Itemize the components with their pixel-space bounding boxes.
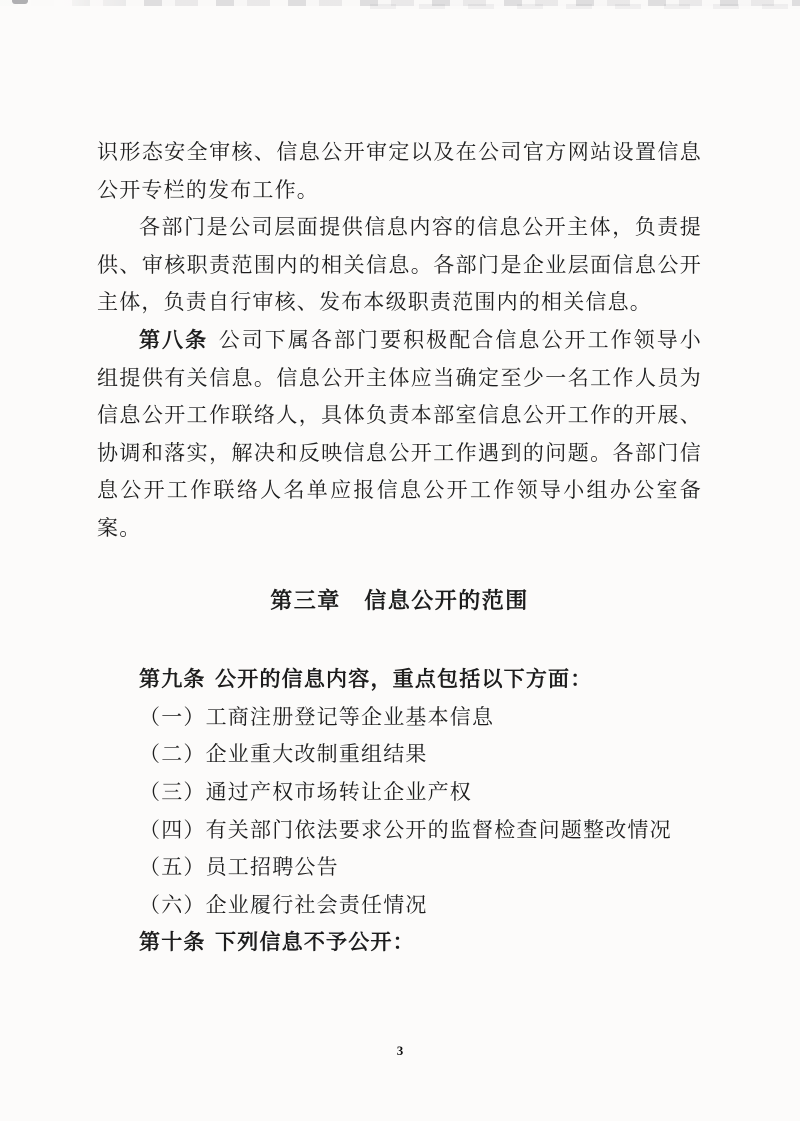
paragraph-departments: 各部门是公司层面提供信息内容的信息公开主体，负责提供、审核职责范围内的相关信息。… (97, 209, 702, 322)
list-item: （四）有关部门依法要求公开的监督检查问题整改情况 (97, 812, 702, 850)
list-item: （二）企业重大改制重组结果 (97, 736, 702, 774)
paragraph-article-8: 第八条公司下属各部门要积极配合信息公开工作领导小组提供有关信息。信息公开主体应当… (97, 322, 702, 548)
list-item: （三）通过产权市场转让企业产权 (97, 774, 702, 812)
list-item: （六）企业履行社会责任情况 (97, 887, 702, 925)
article-10-text: 下列信息不予公开： (215, 930, 415, 954)
article-10-line: 第十条下列信息不予公开： (97, 924, 702, 962)
paragraph-continuation: 识形态安全审核、信息公开审定以及在公司官方网站设置信息公开专栏的发布工作。 (97, 134, 702, 209)
page-content: 识形态安全审核、信息公开审定以及在公司官方网站设置信息公开专栏的发布工作。 各部… (97, 134, 702, 962)
article-8-text: 公司下属各部门要积极配合信息公开工作领导小组提供有关信息。信息公开主体应当确定至… (97, 328, 702, 540)
list-item: （一）工商注册登记等企业基本信息 (97, 699, 702, 737)
article-9-line: 第九条公开的信息内容，重点包括以下方面： (97, 661, 702, 699)
list-item: （五）员工招聘公告 (97, 849, 702, 887)
document-page: 识形态安全审核、信息公开审定以及在公司官方网站设置信息公开专栏的发布工作。 各部… (0, 0, 800, 1121)
article-8-label: 第八条 (139, 328, 208, 352)
scan-artifact-top-right (370, 4, 800, 9)
article-9-text: 公开的信息内容，重点包括以下方面： (215, 667, 592, 691)
article-10-label: 第十条 (139, 930, 206, 954)
article-9-label: 第九条 (139, 667, 206, 691)
scan-speck (12, 0, 28, 4)
chapter-heading: 第三章 信息公开的范围 (97, 582, 702, 620)
page-number: 3 (0, 1043, 800, 1059)
